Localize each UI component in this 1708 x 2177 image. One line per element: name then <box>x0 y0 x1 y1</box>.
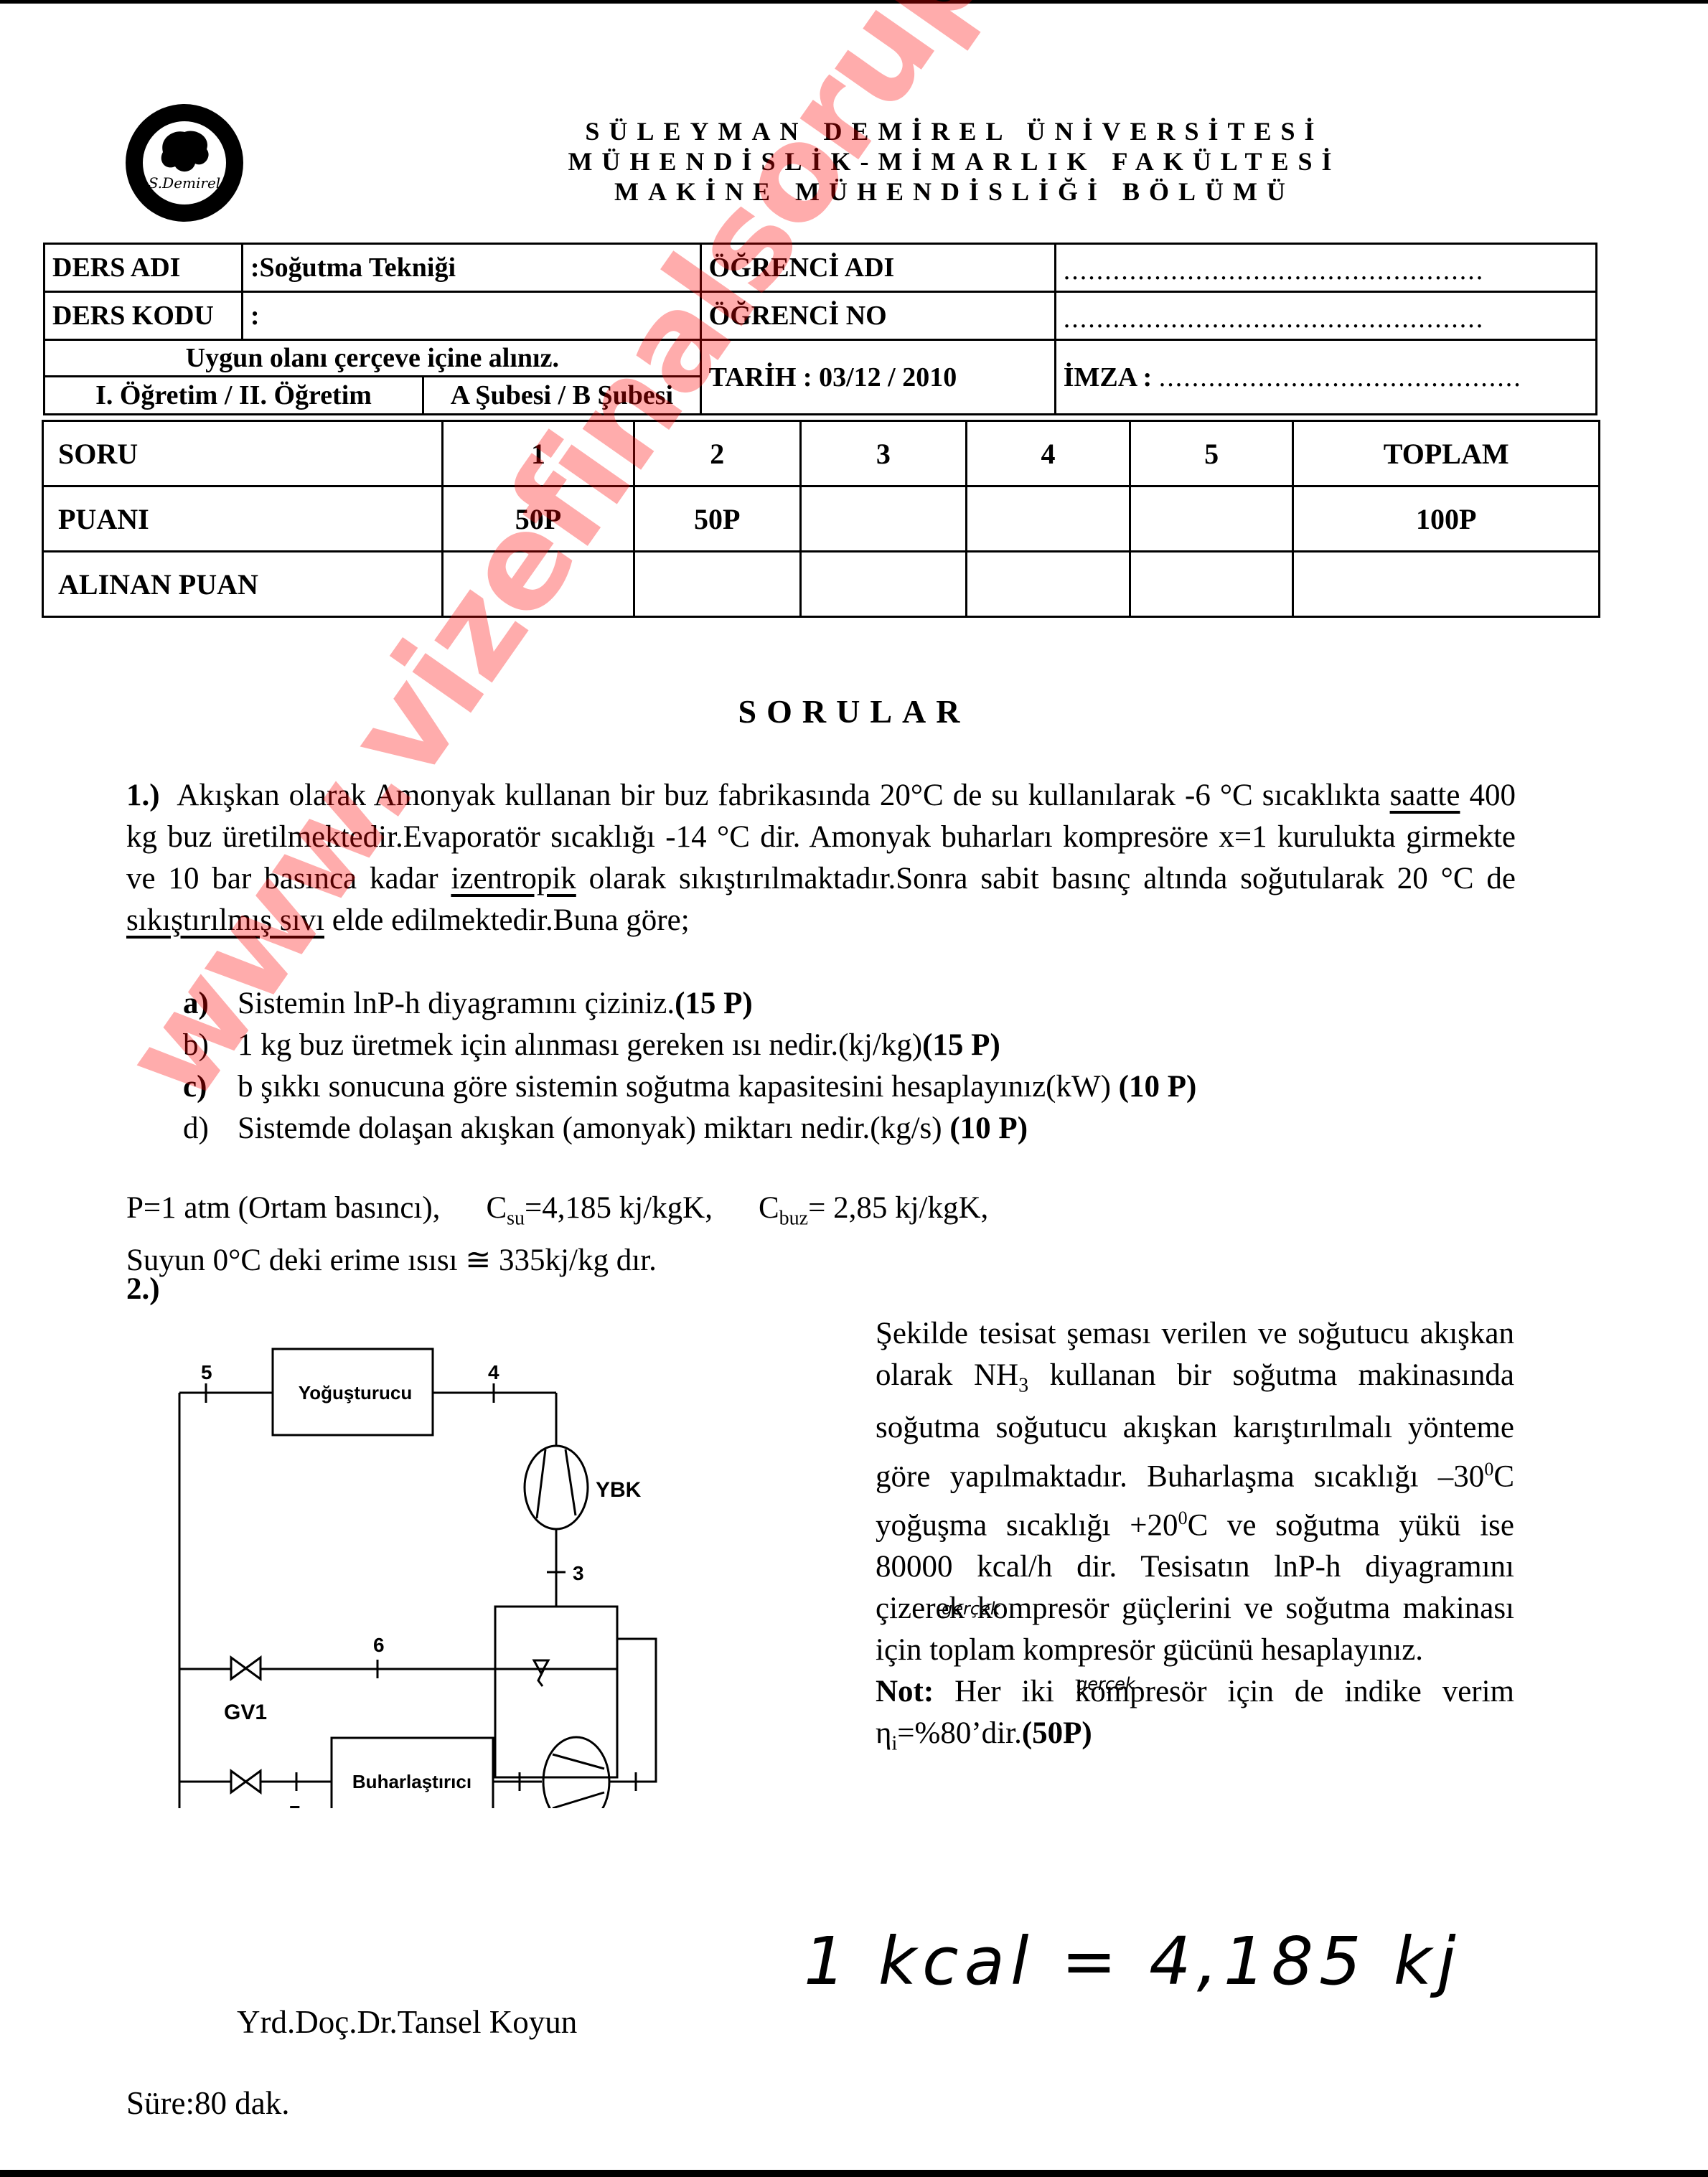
score-header-row: SORU 1 2 3 4 5 TOPLAM <box>43 421 1600 486</box>
received-total[interactable] <box>1293 552 1600 617</box>
subitem-label: d) <box>183 1108 238 1149</box>
score-header-total: TOPLAM <box>1293 421 1600 486</box>
question-1-subitems: a)Sistemin lnP-h diyagramını çiziniz.(15… <box>183 983 1196 1149</box>
underlined-izentropik: izentropik <box>451 862 576 895</box>
c-su-constant: Csu=4,185 kj/kgK, <box>486 1191 713 1225</box>
score-header-label: SORU <box>43 421 443 486</box>
section-option[interactable]: A Şubesi / B Şubesi <box>423 377 700 414</box>
subitem-points: (10 P) <box>1119 1070 1197 1104</box>
question-1-text: elde edilmektedir.Buna göre; <box>324 903 690 937</box>
question-1-text: olarak sıkıştırılmaktadır.Sonra sabit ba… <box>576 862 1516 895</box>
state-point-6: 6 <box>373 1634 385 1656</box>
university-title: SÜLEYMAN DEMİREL ÜNİVERSİTESİ MÜHENDİSLİ… <box>502 116 1407 207</box>
question-2-text: Şekilde tesisat şeması verilen ve soğutu… <box>876 1313 1514 1765</box>
degree-superscript: 0 <box>1178 1508 1188 1528</box>
scan-top-edge <box>0 0 1708 4</box>
subitem-text: b şıkkı sonucuna göre sistemin soğutma k… <box>238 1070 1119 1104</box>
subitem-points: (10 P) <box>949 1111 1028 1145</box>
nh3-subscript: 3 <box>1018 1375 1028 1397</box>
score-header-q2: 2 <box>634 421 800 486</box>
received-q2[interactable] <box>634 552 800 617</box>
points-label: PUANI <box>43 486 443 552</box>
student-name-label: ÖĞRENCİ ADI <box>700 244 1055 292</box>
subitem-label: b) <box>183 1025 238 1066</box>
expansion-valve-icon <box>231 1658 261 1679</box>
state-point-3: 3 <box>573 1562 584 1584</box>
score-table: SORU 1 2 3 4 5 TOPLAM PUANI 50P 50P 100P… <box>42 420 1600 618</box>
ybk-label: YBK <box>596 1478 642 1502</box>
title-line-department: MAKİNE MÜHENDİSLİĞİ BÖLÜMÜ <box>502 177 1407 207</box>
subitem-text: Sistemin lnP-h diyagramını çiziniz. <box>238 987 675 1020</box>
note-label: Not: <box>876 1675 934 1708</box>
note-text: =%80’dir. <box>897 1716 1022 1750</box>
subitem-c: c)b şıkkı sonucuna göre sistemin soğutma… <box>183 1066 1196 1108</box>
course-code-label: DERS KODU <box>44 292 243 340</box>
received-q3[interactable] <box>800 552 967 617</box>
points-q2: 50P <box>634 486 800 552</box>
subitem-b: b)1 kg buz üretmek için alınması gereken… <box>183 1025 1196 1066</box>
underlined-sikistirilmis-sivi: sıkıştırılmış sıvı <box>126 903 324 937</box>
question-1-number: 1.) <box>126 779 160 812</box>
score-header-q4: 4 <box>967 421 1130 486</box>
handwritten-annotation: gerçek <box>942 1599 1000 1619</box>
question-2-number: 2.) <box>126 1271 160 1307</box>
pressure-constant: P=1 atm (Ortam basıncı), <box>126 1191 440 1225</box>
signature-label: İMZA : <box>1064 362 1153 392</box>
subitem-d: d)Sistemde dolaşan akışkan (amonyak) mik… <box>183 1108 1196 1149</box>
points-q3 <box>800 486 967 552</box>
course-name-value: :Soğutma Tekniği <box>242 244 700 292</box>
constants-row: P=1 atm (Ortam basıncı),Csu=4,185 kj/kgK… <box>126 1188 988 1240</box>
section-title: SORULAR <box>0 692 1708 730</box>
title-line-faculty: MÜHENDİSLİK-MİMARLIK FAKÜLTESİ <box>502 146 1407 177</box>
question-1-text: Akışkan olarak Amonyak kullanan bir buz … <box>177 779 1389 812</box>
student-name-field[interactable]: ........................................… <box>1055 244 1596 292</box>
subitem-label: a) <box>183 983 238 1025</box>
question-1: 1.) Akışkan olarak Amonyak kullanan bir … <box>126 775 1516 941</box>
question-1-constants: P=1 atm (Ortam basıncı),Csu=4,185 kj/kgK… <box>126 1188 988 1282</box>
condenser-label: Yoğuşturucu <box>299 1382 412 1403</box>
handwritten-annotation: gerçek <box>1076 1674 1135 1694</box>
points-q4 <box>967 486 1130 552</box>
instruction-text: Uygun olanı çerçeve içine alınız. <box>45 341 700 377</box>
date-cell: TARİH : 03/12 / 2010 <box>700 340 1055 415</box>
student-no-field[interactable]: ........................................… <box>1055 292 1596 340</box>
exam-duration: Süre:80 dak. <box>126 2084 289 2122</box>
title-line-university: SÜLEYMAN DEMİREL ÜNİVERSİTESİ <box>502 116 1407 146</box>
education-choice-cell: Uygun olanı çerçeve içine alınız. I. Öğr… <box>44 340 701 415</box>
points-row: PUANI 50P 50P 100P <box>43 486 1600 552</box>
question-2-points: (50P) <box>1022 1716 1092 1750</box>
signature-field[interactable]: ........................................… <box>1159 362 1522 392</box>
state-point-4: 4 <box>488 1361 499 1383</box>
received-q5[interactable] <box>1130 552 1293 617</box>
student-no-label: ÖĞRENCİ NO <box>700 292 1055 340</box>
subitem-points: (15 P) <box>922 1028 1000 1062</box>
university-seal-logo: S.Demirel <box>123 102 245 224</box>
subitem-text: 1 kg buz üretmek için alınması gereken ı… <box>238 1028 922 1062</box>
score-header-q3: 3 <box>800 421 967 486</box>
scan-bottom-edge <box>0 2170 1708 2177</box>
degree-superscript: 0 <box>1484 1459 1493 1480</box>
date-label: TARİH : <box>709 362 812 392</box>
date-value: 03/12 / 2010 <box>819 362 957 392</box>
points-q1: 50P <box>443 486 634 552</box>
education-option[interactable]: I. Öğretim / II. Öğretim <box>45 377 423 414</box>
gv1-label: GV1 <box>224 1701 267 1724</box>
state-point-7: 7 <box>289 1802 301 1808</box>
course-code-value: : <box>242 292 700 340</box>
handwritten-conversion-note: 1 kcal = 4,185 kj <box>804 1923 1462 2000</box>
course-name-label: DERS ADI <box>44 244 243 292</box>
student-info-table: DERS ADI :Soğutma Tekniği ÖĞRENCİ ADI ..… <box>43 243 1597 415</box>
liquid-level-icon <box>534 1660 548 1686</box>
points-total: 100P <box>1293 486 1600 552</box>
underlined-saatte: saatte <box>1390 779 1460 812</box>
received-points-label: ALINAN PUAN <box>43 552 443 617</box>
score-header-q5: 5 <box>1130 421 1293 486</box>
instructor-name: Yrd.Doç.Dr.Tansel Koyun <box>237 2003 577 2041</box>
received-q4[interactable] <box>967 552 1130 617</box>
signature-cell: İMZA : .................................… <box>1055 340 1596 415</box>
score-header-q1: 1 <box>443 421 634 486</box>
c-buz-constant: Cbuz= 2,85 kj/kgK, <box>759 1191 988 1225</box>
received-points-row: ALINAN PUAN <box>43 552 1600 617</box>
refrigeration-system-diagram: Yoğuşturucu Buharlaştırıcı YBK ABK GV1 G… <box>165 1320 682 1808</box>
subitem-a: a)Sistemin lnP-h diyagramını çiziniz.(15… <box>183 983 1196 1025</box>
evaporator-label: Buharlaştırıcı <box>352 1771 471 1792</box>
subitem-label: c) <box>183 1066 238 1108</box>
subitem-points: (15 P) <box>675 987 753 1020</box>
svg-text:S.Demirel: S.Demirel <box>149 174 220 192</box>
expansion-valve-icon <box>231 1771 261 1792</box>
points-q5 <box>1130 486 1293 552</box>
state-point-5: 5 <box>201 1361 212 1383</box>
subitem-text: Sistemde dolaşan akışkan (amonyak) mikta… <box>238 1111 949 1145</box>
latent-heat-constant: Suyun 0°C deki erime ısısı ≅ 335kj/kg dı… <box>126 1240 988 1282</box>
received-q1[interactable] <box>443 552 634 617</box>
